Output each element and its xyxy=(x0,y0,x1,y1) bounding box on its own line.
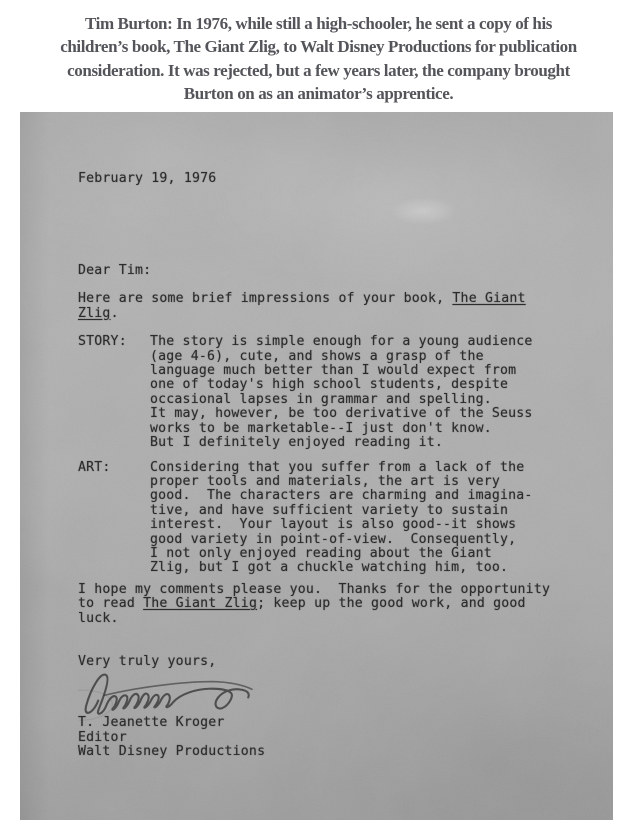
typed-line: luck. xyxy=(78,612,589,626)
typed-line: one of today's high school students, des… xyxy=(150,378,533,392)
story-text: The story is simple enough for a young a… xyxy=(150,335,533,450)
story-label: STORY: xyxy=(78,335,150,450)
signer-company: Walt Disney Productions xyxy=(78,745,589,759)
typed-line: It may, however, be too derivative of th… xyxy=(150,407,533,421)
typed-line: works to be marketable--I just don't kno… xyxy=(150,422,533,436)
typed-line: Zlig, but I got a chuckle watching him, … xyxy=(150,561,533,575)
caption-line-1: Tim Burton: In 1976, while still a high-… xyxy=(6,12,631,35)
typed-line: good. The characters are charming and im… xyxy=(150,489,533,503)
caption-line-2: children’s book, The Giant Zlig, to Walt… xyxy=(6,35,631,58)
signature-handwriting-jeanette xyxy=(77,658,269,727)
story-section: STORY: The story is simple enough for a … xyxy=(78,335,589,450)
salutation: Dear Tim: xyxy=(78,264,589,278)
typed-line: to read The Giant Zlig; keep up the good… xyxy=(78,597,589,611)
letter-content: February 19, 1976 Dear Tim: Here are som… xyxy=(20,112,613,820)
caption-line-4: Burton on as an animator’s apprentice. xyxy=(6,82,631,105)
typed-line: The story is simple enough for a young a… xyxy=(150,335,533,349)
art-section: ART: Considering that you suffer from a … xyxy=(78,461,589,576)
page: Tim Burton: In 1976, while still a high-… xyxy=(0,0,637,820)
intro-paragraph: Here are some brief impressions of your … xyxy=(78,292,589,321)
caption: Tim Burton: In 1976, while still a high-… xyxy=(0,0,637,110)
letter-photo: February 19, 1976 Dear Tim: Here are som… xyxy=(20,112,613,820)
caption-line-3: consideration. It was rejected, but a fe… xyxy=(6,59,631,82)
art-text: Considering that you suffer from a lack … xyxy=(150,461,533,576)
typed-line: Considering that you suffer from a lack … xyxy=(150,461,533,475)
typed-line: I hope my comments please you. Thanks fo… xyxy=(78,583,589,597)
art-label: ART: xyxy=(78,461,150,576)
typed-line: interest. Your layout is also good--it s… xyxy=(150,518,533,532)
typed-line: tive, and have sufficient variety to sus… xyxy=(150,504,533,518)
typed-line: Zlig. xyxy=(78,307,589,321)
typed-line: good variety in point-of-view. Consequen… xyxy=(150,533,533,547)
letter-date: February 19, 1976 xyxy=(78,172,589,186)
typed-line: (age 4-6), cute, and shows a grasp of th… xyxy=(150,350,533,364)
closing-paragraph: I hope my comments please you. Thanks fo… xyxy=(78,583,589,626)
typed-line: Here are some brief impressions of your … xyxy=(78,292,589,306)
typed-line: But I definitely enjoyed reading it. xyxy=(150,436,533,450)
